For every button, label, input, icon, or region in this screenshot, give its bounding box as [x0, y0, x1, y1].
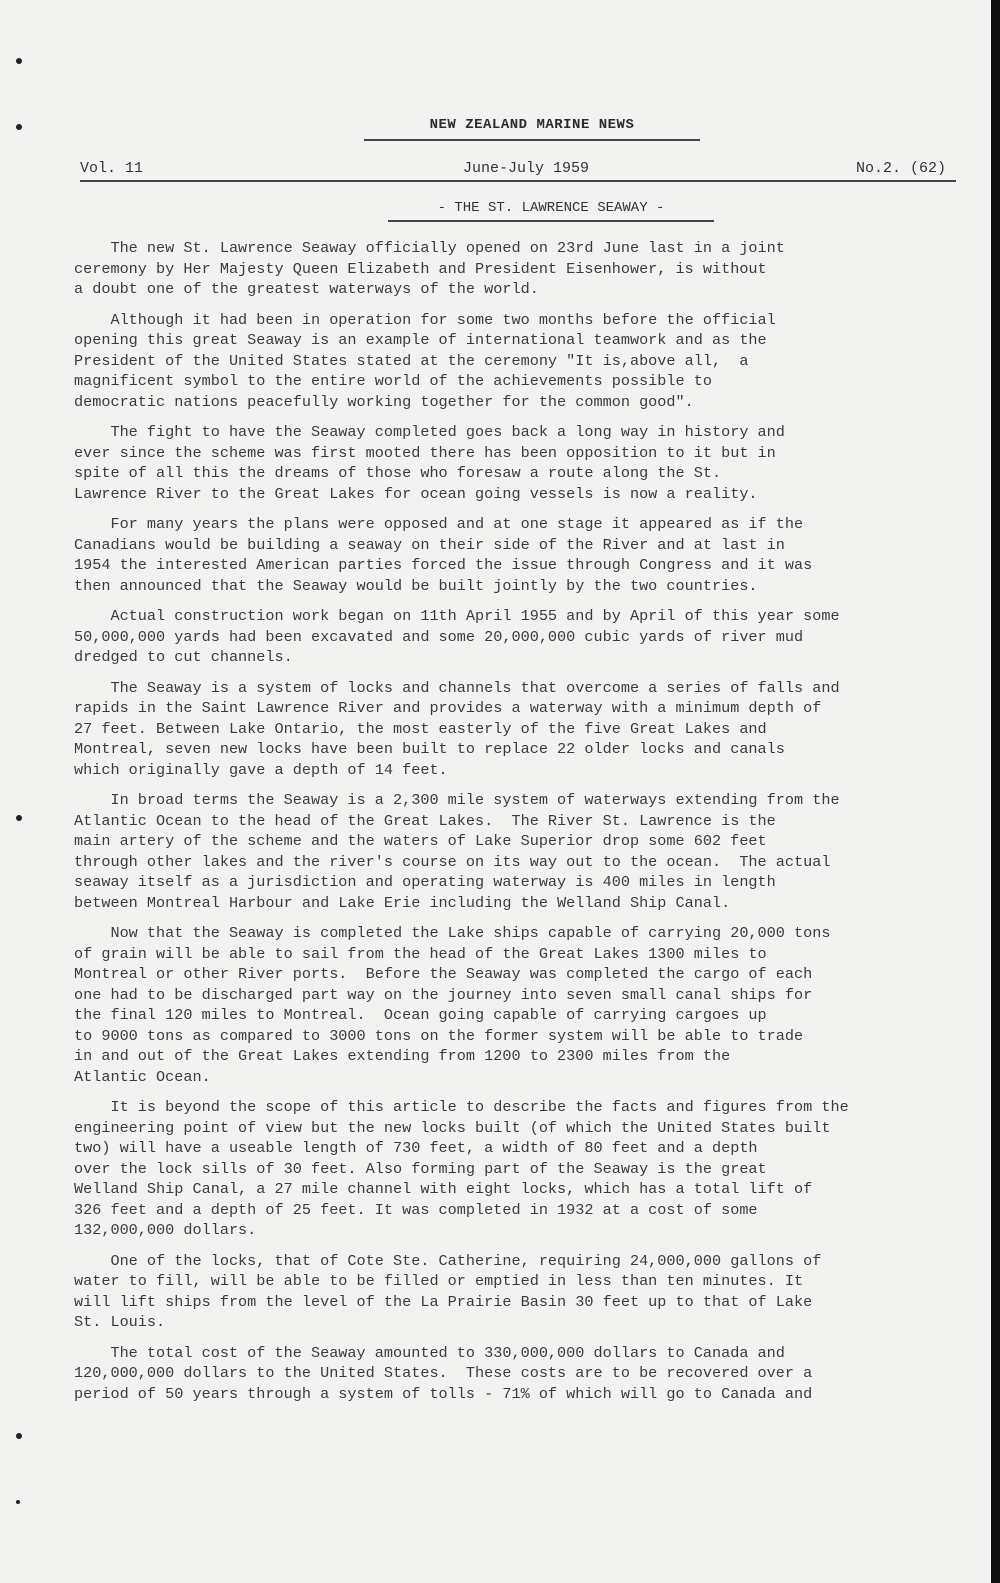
title-underline	[388, 220, 714, 222]
article-title: - THE ST. LAWRENCE SEAWAY -	[388, 200, 714, 216]
paragraph: It is beyond the scope of this article t…	[74, 1097, 934, 1241]
punch-hole-mark	[16, 1500, 20, 1504]
paragraph: One of the locks, that of Cote Ste. Cath…	[74, 1251, 934, 1333]
punch-hole-mark	[16, 124, 22, 130]
document-page: NEW ZEALAND MARINE NEWS Vol. 11 June-Jul…	[0, 0, 991, 1583]
issue-date: June-July 1959	[463, 160, 589, 177]
paragraph: The fight to have the Seaway completed g…	[74, 422, 934, 504]
paragraph: The Seaway is a system of locks and chan…	[74, 678, 934, 781]
issue-number: No.2. (62)	[856, 160, 946, 177]
paragraph: In broad terms the Seaway is a 2,300 mil…	[74, 790, 934, 913]
volume-label: Vol. 11	[80, 160, 143, 177]
header-rule	[80, 180, 956, 182]
paragraph: Although it had been in operation for so…	[74, 310, 934, 413]
paragraph: Now that the Seaway is completed the Lak…	[74, 923, 934, 1087]
paragraph: For many years the plans were opposed an…	[74, 514, 934, 596]
punch-hole-mark	[16, 815, 22, 821]
paragraph: The total cost of the Seaway amounted to…	[74, 1343, 934, 1405]
publication-title: NEW ZEALAND MARINE NEWS	[365, 117, 699, 133]
paragraph: Actual construction work began on 11th A…	[74, 606, 934, 668]
scan-edge	[991, 0, 1000, 1583]
punch-hole-mark	[16, 58, 22, 64]
article-body: The new St. Lawrence Seaway officially o…	[74, 238, 934, 1414]
masthead-underline	[364, 139, 700, 141]
punch-hole-mark	[16, 1433, 22, 1439]
paragraph: The new St. Lawrence Seaway officially o…	[74, 238, 934, 300]
